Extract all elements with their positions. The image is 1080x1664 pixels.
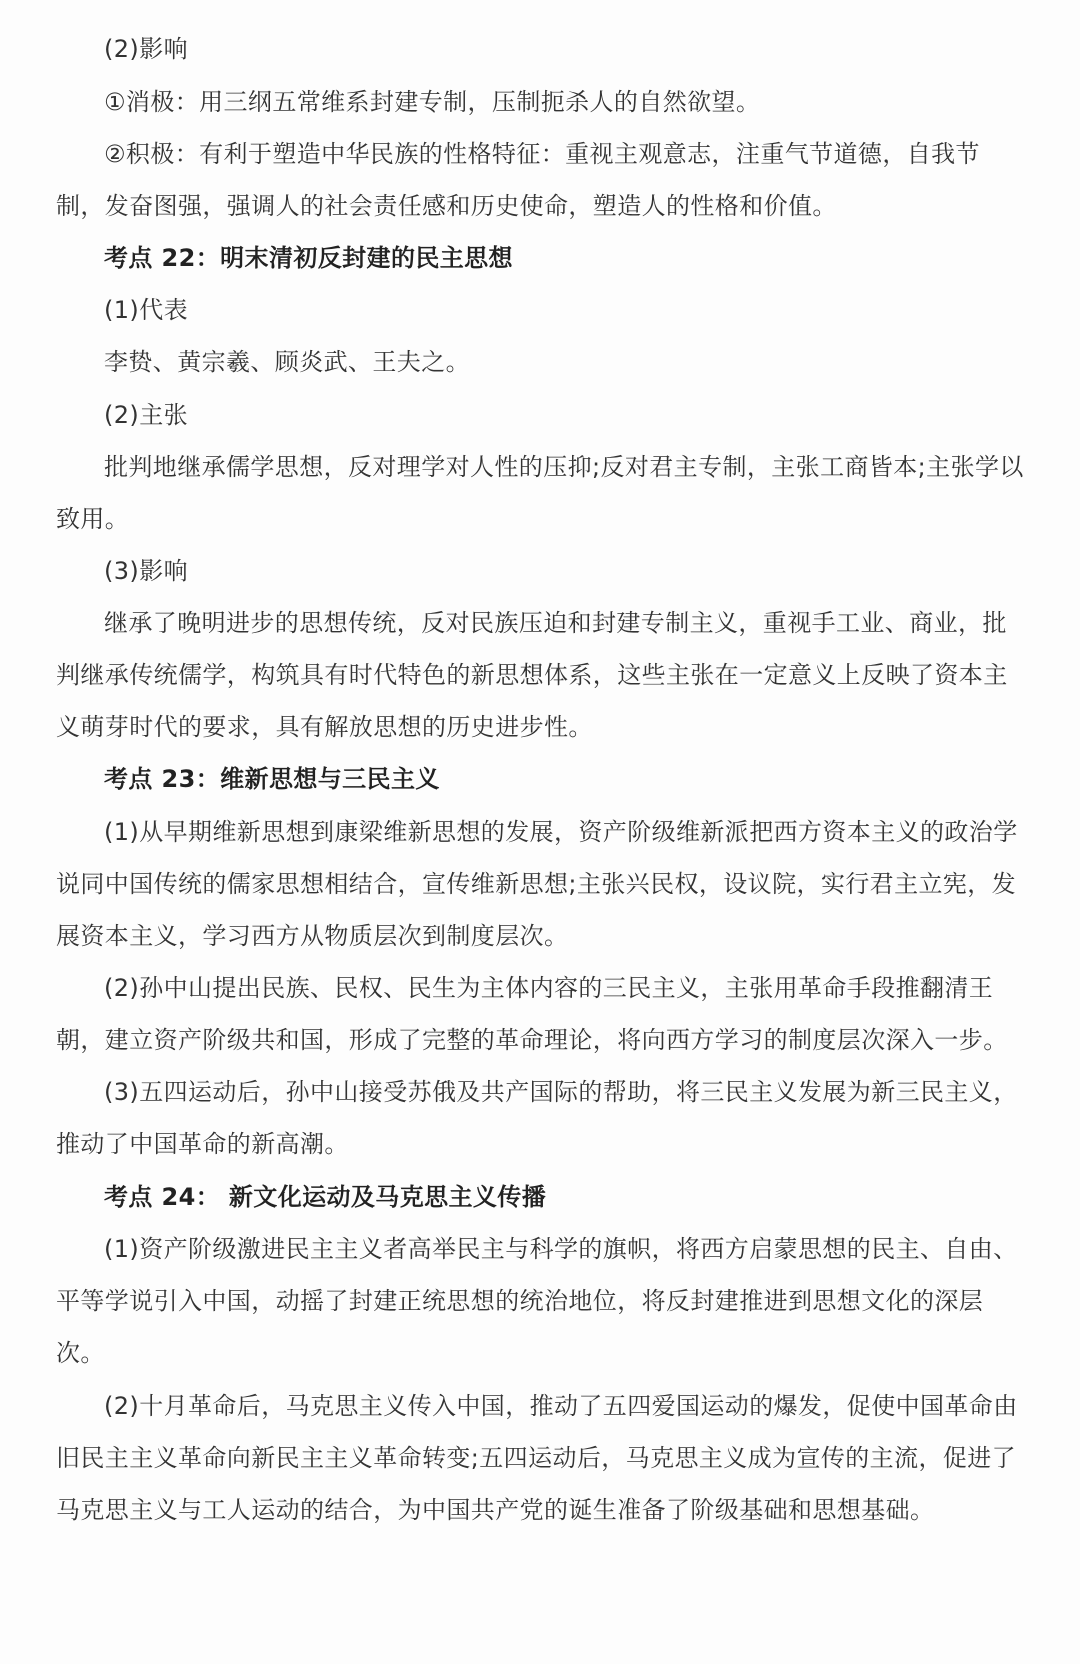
paragraph-line: (2)影响	[104, 32, 188, 66]
document-page: (2)影响①消极：用三纲五常维系封建专制，压制扼杀人的自然欲望。②积极：有利于塑…	[0, 0, 1080, 1664]
paragraph-line: (3)影响	[104, 554, 188, 588]
paragraph-line: ②积极：有利于塑造中华民族的性格特征：重视主观意志，注重气节道德，自我节	[104, 137, 980, 171]
paragraph-line: 旧民主主义革命向新民主主义革命转变;五四运动后，马克思主义成为宣传的主流，促进了	[56, 1441, 1016, 1475]
paragraph-line: (1)从早期维新思想到康梁维新思想的发展，资产阶级维新派把西方资本主义的政治学	[104, 815, 1018, 849]
paragraph-line: ①消极：用三纲五常维系封建专制，压制扼杀人的自然欲望。	[104, 85, 760, 119]
paragraph-line: 李贽、黄宗羲、顾炎武、王夫之。	[104, 345, 470, 379]
paragraph-line: 制，发奋图强，强调人的社会责任感和历史使命，塑造人的性格和价值。	[56, 189, 837, 223]
paragraph-line: 义萌芽时代的要求，具有解放思想的历史进步性。	[56, 710, 593, 744]
section-heading: 考点 22：明末清初反封建的民主思想	[104, 241, 513, 275]
paragraph-line: (1)资产阶级激进民主主义者高举民主与科学的旗帜，将西方启蒙思想的民主、自由、	[104, 1232, 1018, 1266]
paragraph-line: 次。	[56, 1336, 105, 1370]
paragraph-line: 致用。	[56, 502, 129, 536]
paragraph-line: 判继承传统儒学，构筑具有时代特色的新思想体系，这些主张在一定意义上反映了资本主	[56, 658, 1008, 692]
section-heading: 考点 23：维新思想与三民主义	[104, 762, 440, 796]
paragraph-line: 展资本主义，学习西方从物质层次到制度层次。	[56, 919, 568, 953]
section-heading: 考点 24： 新文化运动及马克思主义传播	[104, 1180, 546, 1214]
paragraph-line: (1)代表	[104, 293, 188, 327]
paragraph-line: (2)孙中山提出民族、民权、民生为主体内容的三民主义，主张用革命手段推翻清王	[104, 971, 993, 1005]
paragraph-line: 朝，建立资产阶级共和国，形成了完整的革命理论，将向西方学习的制度层次深入一步。	[56, 1023, 1008, 1057]
paragraph-line: (2)主张	[104, 398, 188, 432]
paragraph-line: (3)五四运动后，孙中山接受苏俄及共产国际的帮助，将三民主义发展为新三民主义，	[104, 1075, 1018, 1109]
paragraph-line: 继承了晚明进步的思想传统，反对民族压迫和封建专制主义，重视手工业、商业，批	[104, 606, 1007, 640]
paragraph-line: (2)十月革命后，马克思主义传入中国，推动了五四爱国运动的爆发，促使中国革命由	[104, 1389, 1018, 1423]
paragraph-line: 推动了中国革命的新高潮。	[56, 1127, 349, 1161]
paragraph-line: 马克思主义与工人运动的结合，为中国共产党的诞生准备了阶级基础和思想基础。	[56, 1493, 934, 1527]
paragraph-line: 平等学说引入中国，动摇了封建正统思想的统治地位，将反封建推进到思想文化的深层	[56, 1284, 983, 1318]
paragraph-line: 说同中国传统的儒家思想相结合，宣传维新思想;主张兴民权，设议院，实行君主立宪，发	[56, 867, 1016, 901]
paragraph-line: 批判地继承儒学思想，反对理学对人性的压抑;反对君主专制，主张工商皆本;主张学以	[104, 450, 1024, 484]
